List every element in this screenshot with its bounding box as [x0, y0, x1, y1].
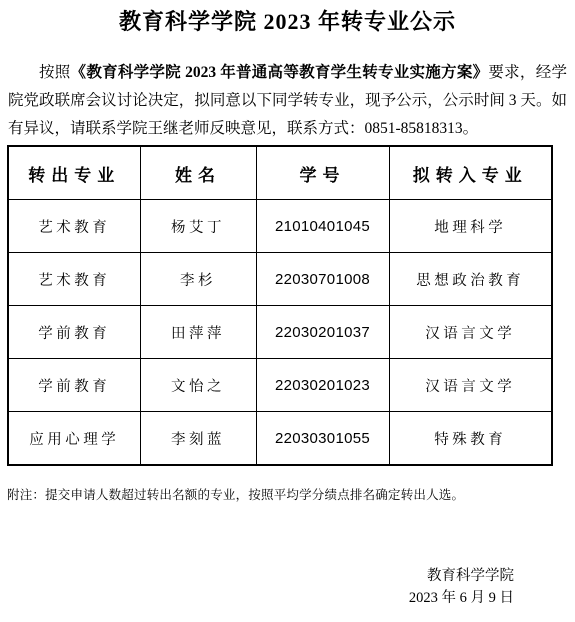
intro-paragraph: 按照《教育科学学院 2023 年普通高等教育学生转专业实施方案》要求，经学院党政… — [8, 59, 567, 143]
cell-from-major: 学前教育 — [8, 306, 140, 359]
header-row: 转出专业 姓名 学号 拟转入专业 — [8, 146, 552, 200]
cell-to-major: 地理科学 — [389, 200, 552, 253]
col-header-student-id: 学号 — [256, 146, 389, 200]
col-header-name: 姓名 — [140, 146, 256, 200]
cell-student-id: 22030201037 — [256, 306, 389, 359]
table-row: 应用心理学 李刻蓝 22030301055 特殊教育 — [8, 412, 552, 466]
cell-name: 田萍萍 — [140, 306, 256, 359]
footnote: 附注：提交申请人数超过转出名额的专业，按照平均学分绩点排名确定转出人选。 — [7, 485, 568, 503]
signature-block: 教育科学学院 2023 年 6 月 9 日 — [7, 565, 568, 609]
signature-org: 教育科学学院 — [7, 565, 514, 587]
cell-to-major: 思想政治教育 — [389, 253, 552, 306]
cell-student-id: 22030301055 — [256, 412, 389, 466]
col-header-from-major: 转出专业 — [8, 146, 140, 200]
cell-from-major: 学前教育 — [8, 359, 140, 412]
cell-from-major: 艺术教育 — [8, 200, 140, 253]
cell-to-major: 特殊教育 — [389, 412, 552, 466]
transfer-table-header: 转出专业 姓名 学号 拟转入专业 — [8, 146, 552, 200]
cell-name: 李杉 — [140, 253, 256, 306]
cell-from-major: 艺术教育 — [8, 253, 140, 306]
table-row: 艺术教育 李杉 22030701008 思想政治教育 — [8, 253, 552, 306]
cell-name: 文怡之 — [140, 359, 256, 412]
document-page: 教育科学学院 2023 年转专业公示 按照《教育科学学院 2023 年普通高等教… — [0, 0, 575, 622]
transfer-table-body: 艺术教育 杨艾丁 21010401045 地理科学 艺术教育 李杉 220307… — [8, 200, 552, 466]
table-row: 学前教育 文怡之 22030201023 汉语言文学 — [8, 359, 552, 412]
table-row: 艺术教育 杨艾丁 21010401045 地理科学 — [8, 200, 552, 253]
transfer-table: 转出专业 姓名 学号 拟转入专业 艺术教育 杨艾丁 21010401045 地理… — [7, 145, 553, 466]
cell-to-major: 汉语言文学 — [389, 359, 552, 412]
signature-date: 2023 年 6 月 9 日 — [7, 587, 514, 609]
intro-plan-name: 《教育科学学院 2023 年普通高等教育学生转专业实施方案》 — [71, 64, 489, 81]
col-header-to-major: 拟转入专业 — [389, 146, 552, 200]
cell-student-id: 21010401045 — [256, 200, 389, 253]
cell-student-id: 22030701008 — [256, 253, 389, 306]
cell-name: 李刻蓝 — [140, 412, 256, 466]
cell-name: 杨艾丁 — [140, 200, 256, 253]
cell-to-major: 汉语言文学 — [389, 306, 552, 359]
intro-prefix: 按照 — [39, 64, 71, 81]
cell-student-id: 22030201023 — [256, 359, 389, 412]
page-title: 教育科学学院 2023 年转专业公示 — [7, 10, 568, 34]
cell-from-major: 应用心理学 — [8, 412, 140, 466]
table-row: 学前教育 田萍萍 22030201037 汉语言文学 — [8, 306, 552, 359]
